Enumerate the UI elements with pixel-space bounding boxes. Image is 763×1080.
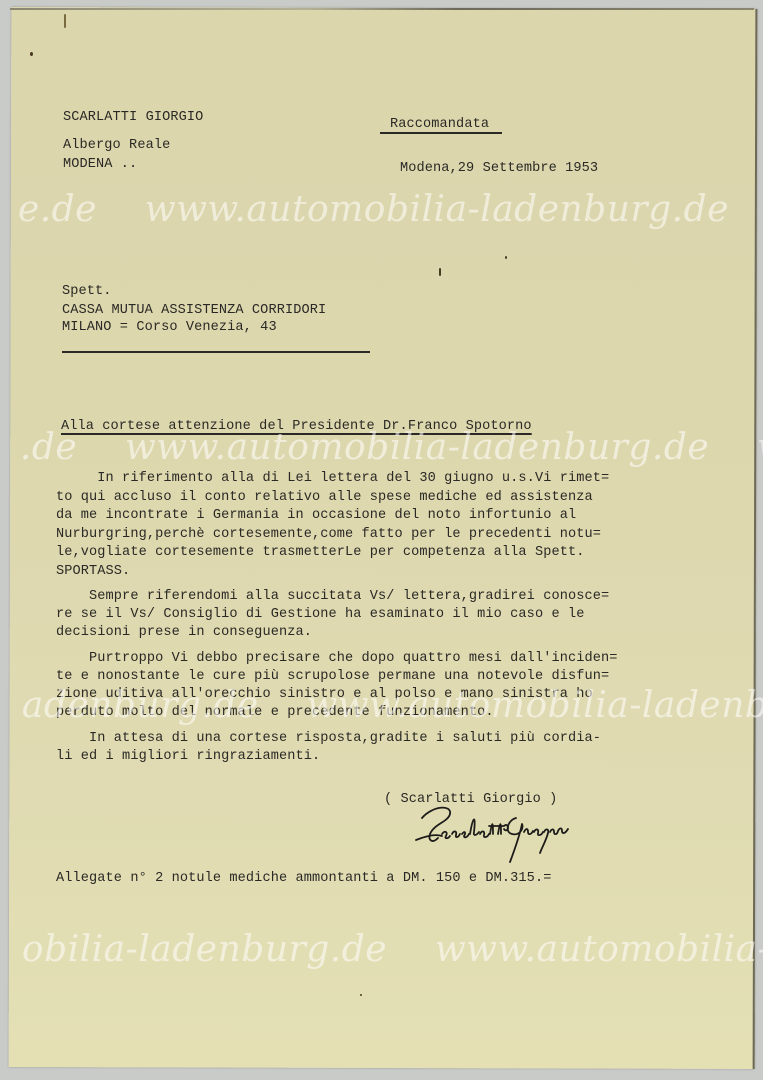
paragraph-line: decisioni prese in conseguenza. [56,623,312,643]
staple-mark [64,14,66,28]
recipient-address: MILANO = Corso Venezia, 43 [62,318,277,338]
paragraph-line: re se il Vs/ Consiglio di Gestione ha es… [56,605,584,625]
paper-top-edge [10,8,754,10]
sender-name: SCARLATTI GIORGIO [63,108,203,128]
recipient-divider [62,351,370,353]
place-date: Modena,29 Settembre 1953 [400,159,598,179]
paragraph-line: Sempre riferendomi alla succitata Vs/ le… [56,587,609,607]
paper-speck [30,52,33,56]
delivery-mark-underline [380,132,502,134]
paragraph-line: In riferimento alla di Lei lettera del 3… [56,469,609,489]
paragraph-line: SPORTASS. [56,562,130,582]
sender-address-line1: Albergo Reale [63,136,170,156]
paragraph-line: li ed i migliori ringraziamenti. [56,747,320,767]
paragraph-line: In attesa di una cortese risposta,gradit… [56,729,601,749]
paragraph-line: Nurburgring,perchè cortesemente,come fat… [56,525,601,545]
sender-address-line2: MODENA .. [63,155,137,175]
recipient-salutation: Spett. [62,282,112,302]
paragraph-line: da me incontrate i Germania in occasione… [56,506,576,526]
paper-speck [360,994,362,996]
enclosures-note: Allegate n° 2 notule mediche ammontanti … [56,869,551,889]
attention-line: Alla cortese attenzione del Presidente D… [61,417,532,437]
paragraph-line: le,vogliate cortesemente trasmetterLe pe… [56,543,584,563]
paper-speck [439,268,441,276]
paragraph-line: zione uditiva all'orecchio sinistro e al… [56,685,593,705]
paragraph-line: perduto molto del normale e precedente f… [56,703,494,723]
handwritten-signature-icon [412,800,572,870]
paragraph-line: to qui accluso il conto relativo alle sp… [56,488,593,508]
paper-speck [505,256,507,259]
paragraph-line: te e nonostante le cure più scrupolose p… [56,667,609,687]
paragraph-line: Purtroppo Vi debbo precisare che dopo qu… [56,649,618,669]
